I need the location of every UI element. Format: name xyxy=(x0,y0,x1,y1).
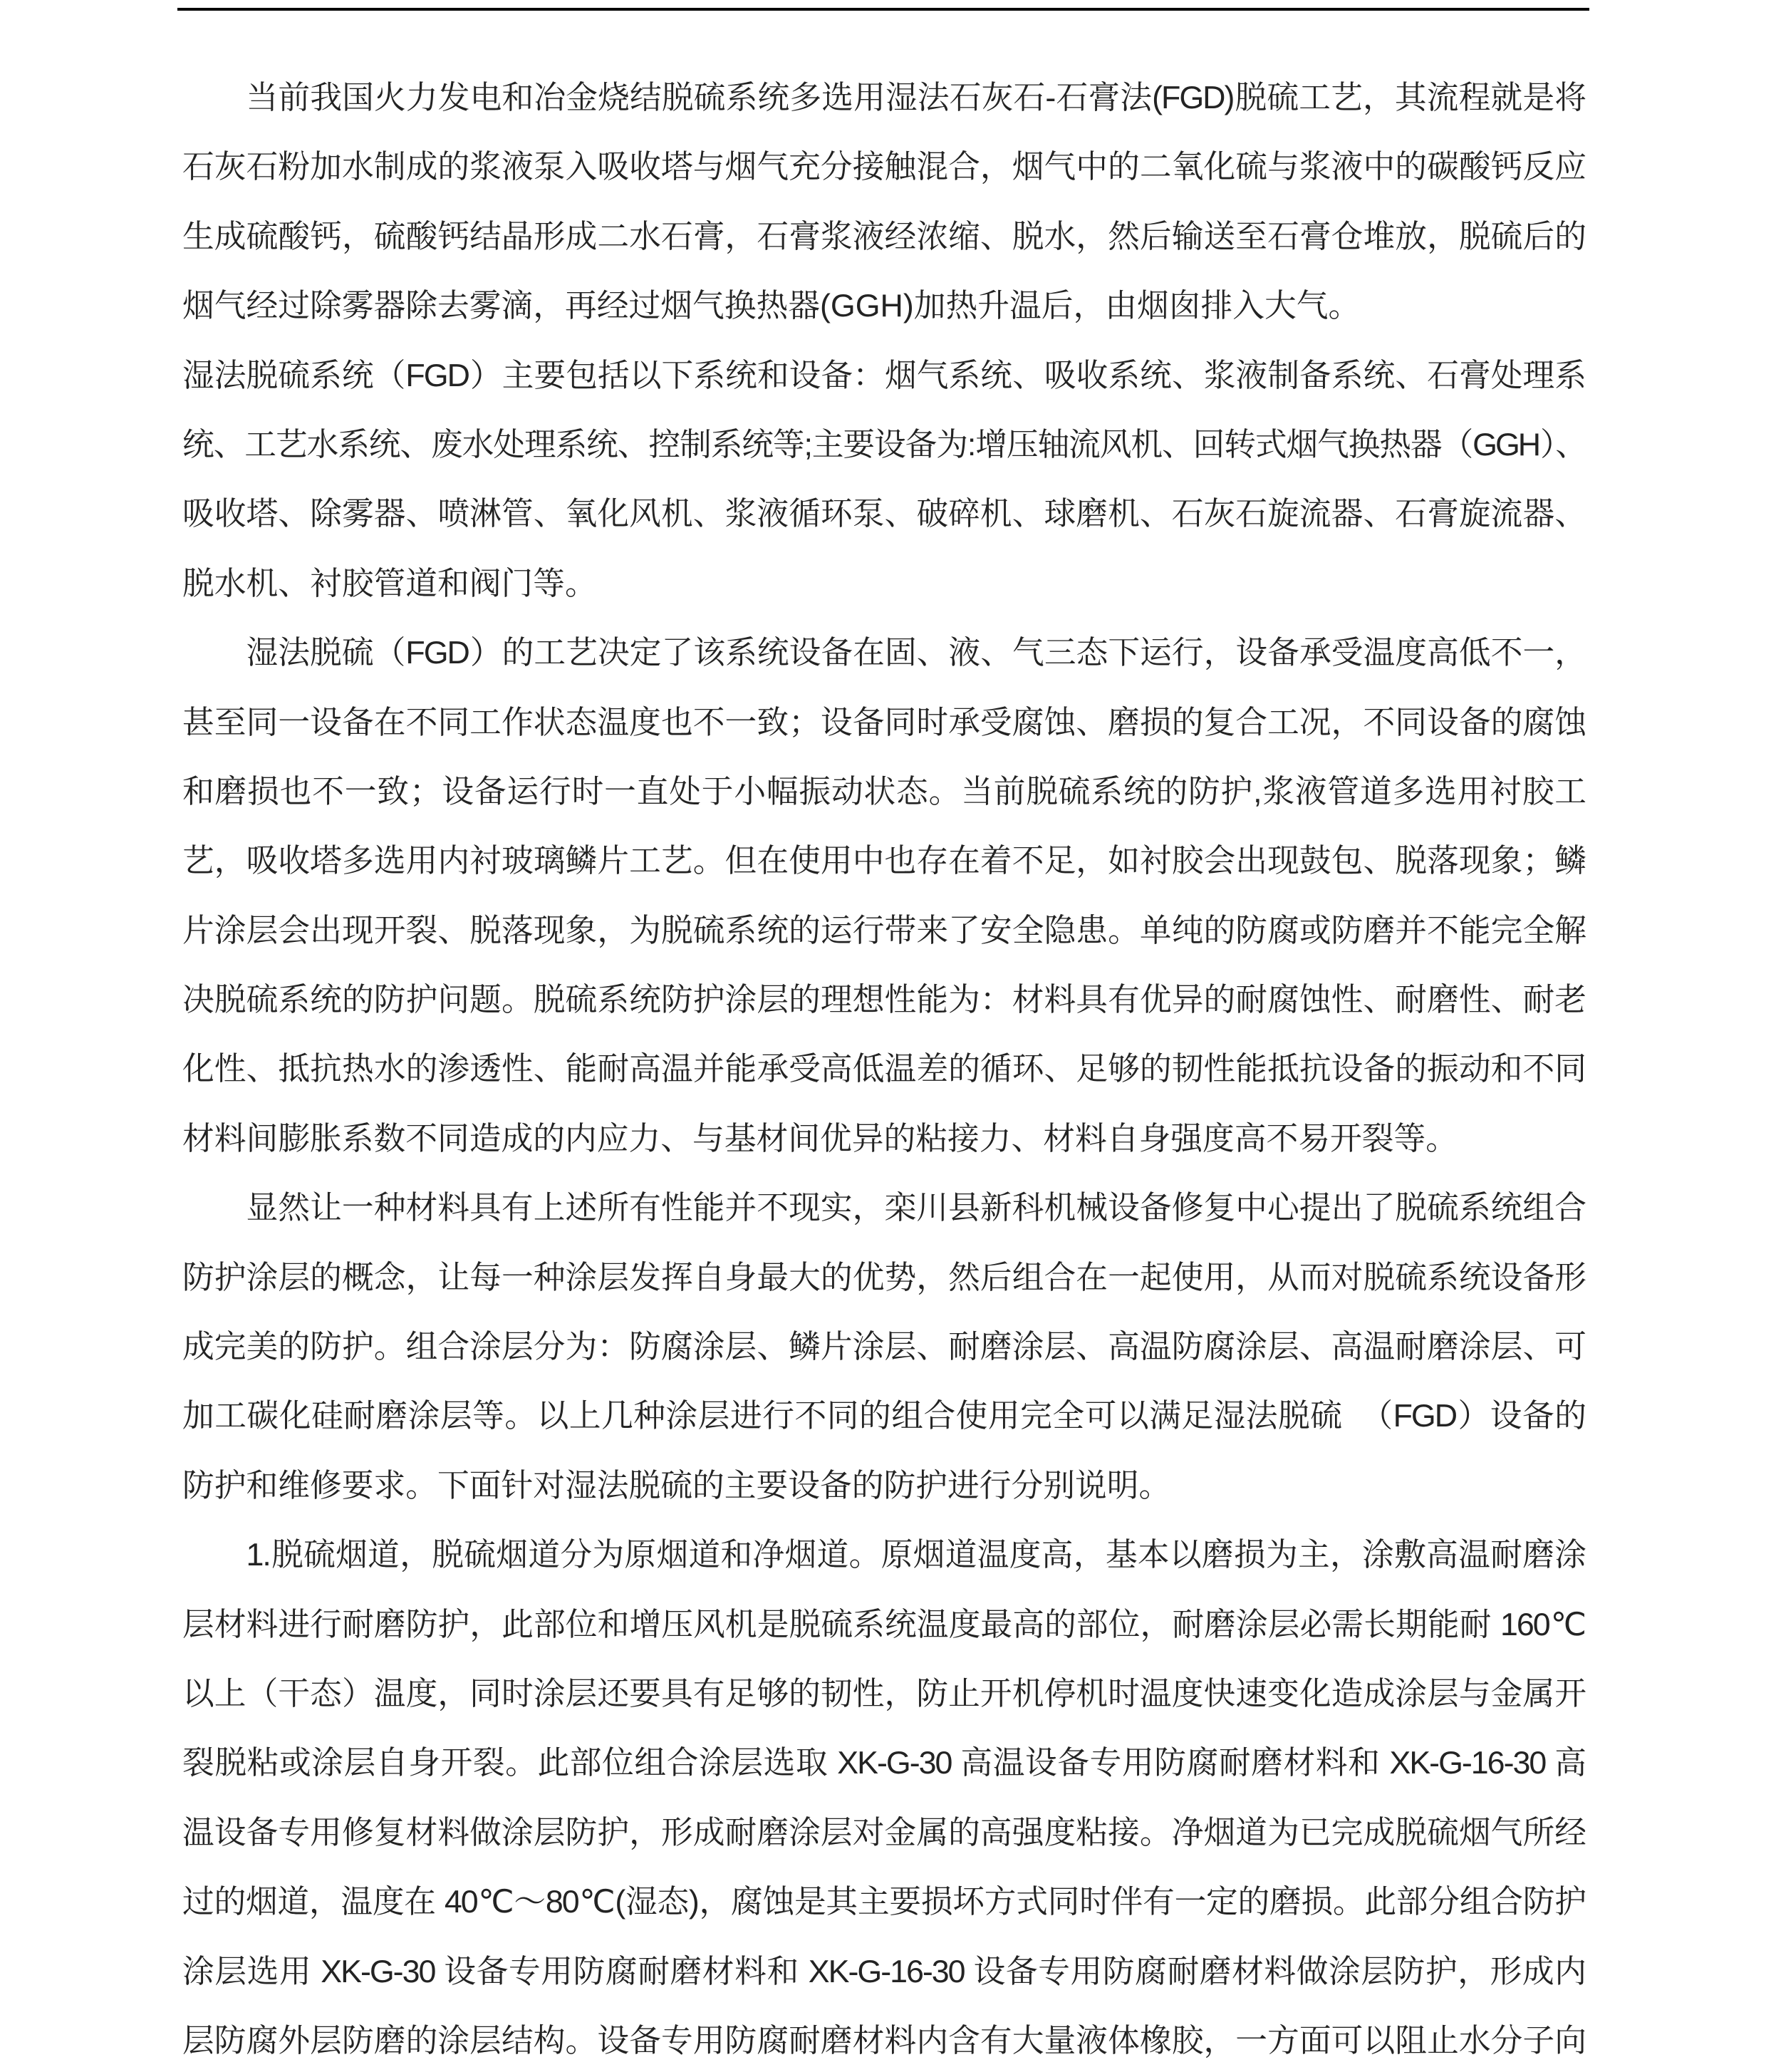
text-line: 艺，吸收塔多选用内衬玻璃鳞片工艺。但在使用中也存在着不足，如衬胶会出现鼓包、脱落… xyxy=(182,827,1585,896)
text-line: 涂层选用 XK-G-30 设备专用防腐耐磨材料和 XK-G-16-30 设备专用… xyxy=(182,1937,1585,2006)
text-line: 和磨损也不一致；设备运行时一直处于小幅振动状态。当前脱硫系统的防护,浆液管道多选… xyxy=(182,757,1585,827)
text-line: 防护涂层的概念，让每一种涂层发挥自身最大的优势，然后组合在一起使用，从而对脱硫系… xyxy=(182,1243,1585,1312)
text-line: 层材料进行耐磨防护，此部位和增压风机是脱硫系统温度最高的部位，耐磨涂层必需长期能… xyxy=(182,1590,1585,1659)
text-line: 层防腐外层防磨的涂层结构。设备专用防腐耐磨材料内含有大量液体橡胶，一方面可以阻止… xyxy=(182,2006,1585,2072)
text-line: 以上（干态）温度，同时涂层还要具有足够的韧性，防止开机停机时温度快速变化造成涂层… xyxy=(182,1659,1585,1729)
text-line: 当前我国火力发电和冶金烧结脱硫系统多选用湿法石灰石-石膏法(FGD)脱硫工艺，其… xyxy=(182,63,1585,133)
text-line: 湿法脱硫（FGD）的工艺决定了该系统设备在固、液、气三态下运行，设备承受温度高低… xyxy=(182,618,1585,688)
text-line: 裂脱粘或涂层自身开裂。此部位组合涂层选取 XK-G-30 高温设备专用防腐耐磨材… xyxy=(182,1729,1585,1798)
text-line: 脱水机、衬胶管道和阀门等。 xyxy=(182,549,1585,618)
paragraph-combined-coatings: 显然让一种材料具有上述所有性能并不现实，栾川县新科机械设备修复中心提出了脱硫系统… xyxy=(182,1174,1585,1521)
text-line: 片涂层会出现开裂、脱落现象，为脱硫系统的运行带来了安全隐患。单纯的防腐或防磨并不… xyxy=(182,896,1585,965)
text-line: 材料间膨胀系数不同造成的内应力、与基材间优异的粘接力、材料自身强度高不易开裂等。 xyxy=(182,1104,1585,1174)
text-line: 过的烟道，温度在 40℃～80℃(湿态)，腐蚀是其主要损坏方式同时伴有一定的磨损… xyxy=(182,1868,1585,1937)
text-line: 温设备专用修复材料做涂层防护，形成耐磨涂层对金属的高强度粘接。净烟道为已完成脱硫… xyxy=(182,1798,1585,1868)
text-line: 加工碳化硅耐磨涂层等。以上几种涂层进行不同的组合使用完全可以满足湿法脱硫 （FG… xyxy=(182,1382,1585,1451)
text-line: 防护和维修要求。下面针对湿法脱硫的主要设备的防护进行分别说明。 xyxy=(182,1451,1585,1521)
text-line: 决脱硫系统的防护问题。脱硫系统防护涂层的理想性能为：材料具有优异的耐腐蚀性、耐磨… xyxy=(182,965,1585,1035)
text-line: 显然让一种材料具有上述所有性能并不现实，栾川县新科机械设备修复中心提出了脱硫系统… xyxy=(182,1174,1585,1243)
text-line: 1.脱硫烟道，脱硫烟道分为原烟道和净烟道。原烟道温度高，基本以磨损为主，涂敷高温… xyxy=(182,1521,1585,1590)
paragraph-fgd-process: 当前我国火力发电和冶金烧结脱硫系统多选用湿法石灰石-石膏法(FGD)脱硫工艺，其… xyxy=(182,63,1585,341)
text-line: 石灰石粉加水制成的浆液泵入吸收塔与烟气充分接触混合，烟气中的二氧化硫与浆液中的碳… xyxy=(182,133,1585,202)
paragraph-protection-requirements: 湿法脱硫（FGD）的工艺决定了该系统设备在固、液、气三态下运行，设备承受温度高低… xyxy=(182,618,1585,1174)
text-line: 烟气经过除雾器除去雾滴，再经过烟气换热器(GGH)加热升温后，由烟囱排入大气。 xyxy=(182,271,1585,341)
document-body: 当前我国火力发电和冶金烧结脱硫系统多选用湿法石灰石-石膏法(FGD)脱硫工艺，其… xyxy=(182,63,1585,2072)
header-rule xyxy=(177,8,1589,11)
text-line: 统、工艺水系统、废水处理系统、控制系统等;主要设备为:增压轴流风机、回转式烟气换… xyxy=(182,410,1585,480)
paragraph-fgd-systems: 湿法脱硫系统（FGD）主要包括以下系统和设备：烟气系统、吸收系统、浆液制备系统、… xyxy=(182,341,1585,619)
paragraph-flue-duct: 1.脱硫烟道，脱硫烟道分为原烟道和净烟道。原烟道温度高，基本以磨损为主，涂敷高温… xyxy=(182,1521,1585,2072)
document-page: 当前我国火力发电和冶金烧结脱硫系统多选用湿法石灰石-石膏法(FGD)脱硫工艺，其… xyxy=(0,0,1766,2072)
text-line: 吸收塔、除雾器、喷淋管、氧化风机、浆液循环泵、破碎机、球磨机、石灰石旋流器、石膏… xyxy=(182,480,1585,549)
text-line: 甚至同一设备在不同工作状态温度也不一致；设备同时承受腐蚀、磨损的复合工况，不同设… xyxy=(182,688,1585,757)
text-line: 化性、抵抗热水的渗透性、能耐高温并能承受高低温差的循环、足够的韧性能抵抗设备的振… xyxy=(182,1035,1585,1104)
text-line: 湿法脱硫系统（FGD）主要包括以下系统和设备：烟气系统、吸收系统、浆液制备系统、… xyxy=(182,341,1585,410)
text-line: 成完美的防护。组合涂层分为：防腐涂层、鳞片涂层、耐磨涂层、高温防腐涂层、高温耐磨… xyxy=(182,1312,1585,1382)
text-line: 生成硫酸钙，硫酸钙结晶形成二水石膏，石膏浆液经浓缩、脱水，然后输送至石膏仓堆放，… xyxy=(182,202,1585,271)
